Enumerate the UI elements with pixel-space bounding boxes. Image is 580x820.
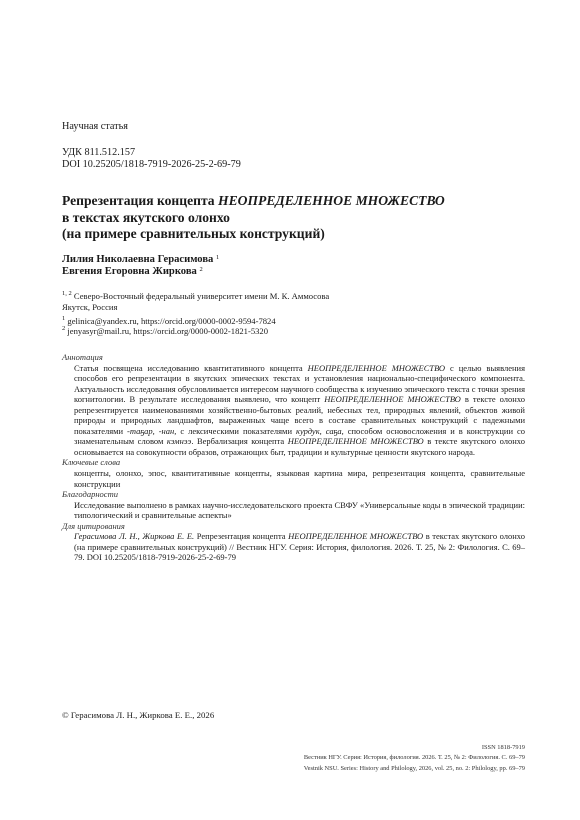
author: Евгения Егоровна Жиркова 2 [62, 266, 219, 278]
citation-label: Для цитирования [62, 521, 525, 532]
contact-sup: 1 [62, 315, 65, 322]
abstract-label: Аннотация [62, 352, 525, 363]
article-metadata: Аннотация Статья посвящена исследованию … [62, 352, 525, 563]
acknowledgements-label: Благодарности [62, 489, 525, 500]
affil-sup: 1, 2 [62, 290, 72, 297]
keywords-label: Ключевые слова [62, 457, 525, 468]
udk-code: УДК 811.512.157 [62, 147, 135, 159]
abstract-text: Статья посвящена исследованию квантитати… [62, 363, 525, 458]
contact-link[interactable]: jenyasyr@mail.ru, https://orcid.org/0000… [67, 326, 268, 336]
doi: DOI 10.25205/1818-7919-2026-25-2-69-79 [62, 159, 241, 171]
journal-ref-ru: Вестник НГУ. Серия: История, филология. … [304, 753, 525, 763]
affiliations: 1, 2 Северо-Восточный федеральный универ… [62, 291, 532, 337]
author-name: Евгения Егоровна Жиркова [62, 266, 197, 277]
title-line2: в текстах якутского олонхо [62, 210, 532, 227]
journal-footer: ISSN 1818-7919 Вестник НГУ. Серия: Истор… [304, 743, 525, 774]
article-type: Научная статья [62, 121, 128, 133]
acknowledgements-text: Исследование выполнено в рамках научно-и… [62, 500, 525, 521]
author-sup: 1 [216, 254, 219, 261]
contact-sup: 2 [62, 325, 65, 332]
keywords-text: концепты, олонхо, эпос, квантитативные к… [62, 468, 525, 489]
title-concept: НЕОПРЕДЕЛЕННОЕ МНОЖЕСТВО [218, 193, 445, 208]
copyright: © Герасимова Л. Н., Жиркова Е. Е., 2026 [62, 710, 214, 720]
affil-city: Якутск, Россия [62, 302, 532, 313]
citation-text: Герасимова Л. Н., Жиркова Е. Е. Репрезен… [62, 531, 525, 563]
article-title: Репрезентация концепта НЕОПРЕДЕЛЕННОЕ МН… [62, 193, 532, 243]
author-name: Лилия Николаевна Герасимова [62, 254, 213, 265]
author-list: Лилия Николаевна Герасимова 1 Евгения Ег… [62, 254, 219, 279]
author: Лилия Николаевна Герасимова 1 [62, 254, 219, 266]
affil-org: Северо-Восточный федеральный университет… [74, 291, 329, 301]
issn: ISSN 1818-7919 [304, 743, 525, 753]
author-sup: 2 [200, 266, 203, 273]
title-line3: (на примере сравнительных конструкций) [62, 226, 532, 243]
title-part: Репрезентация концепта [62, 193, 218, 208]
contact-link[interactable]: gelinica@yandex.ru, https://orcid.org/00… [67, 316, 275, 326]
journal-ref-en: Vestnik NSU. Series: History and Philolo… [304, 764, 525, 774]
